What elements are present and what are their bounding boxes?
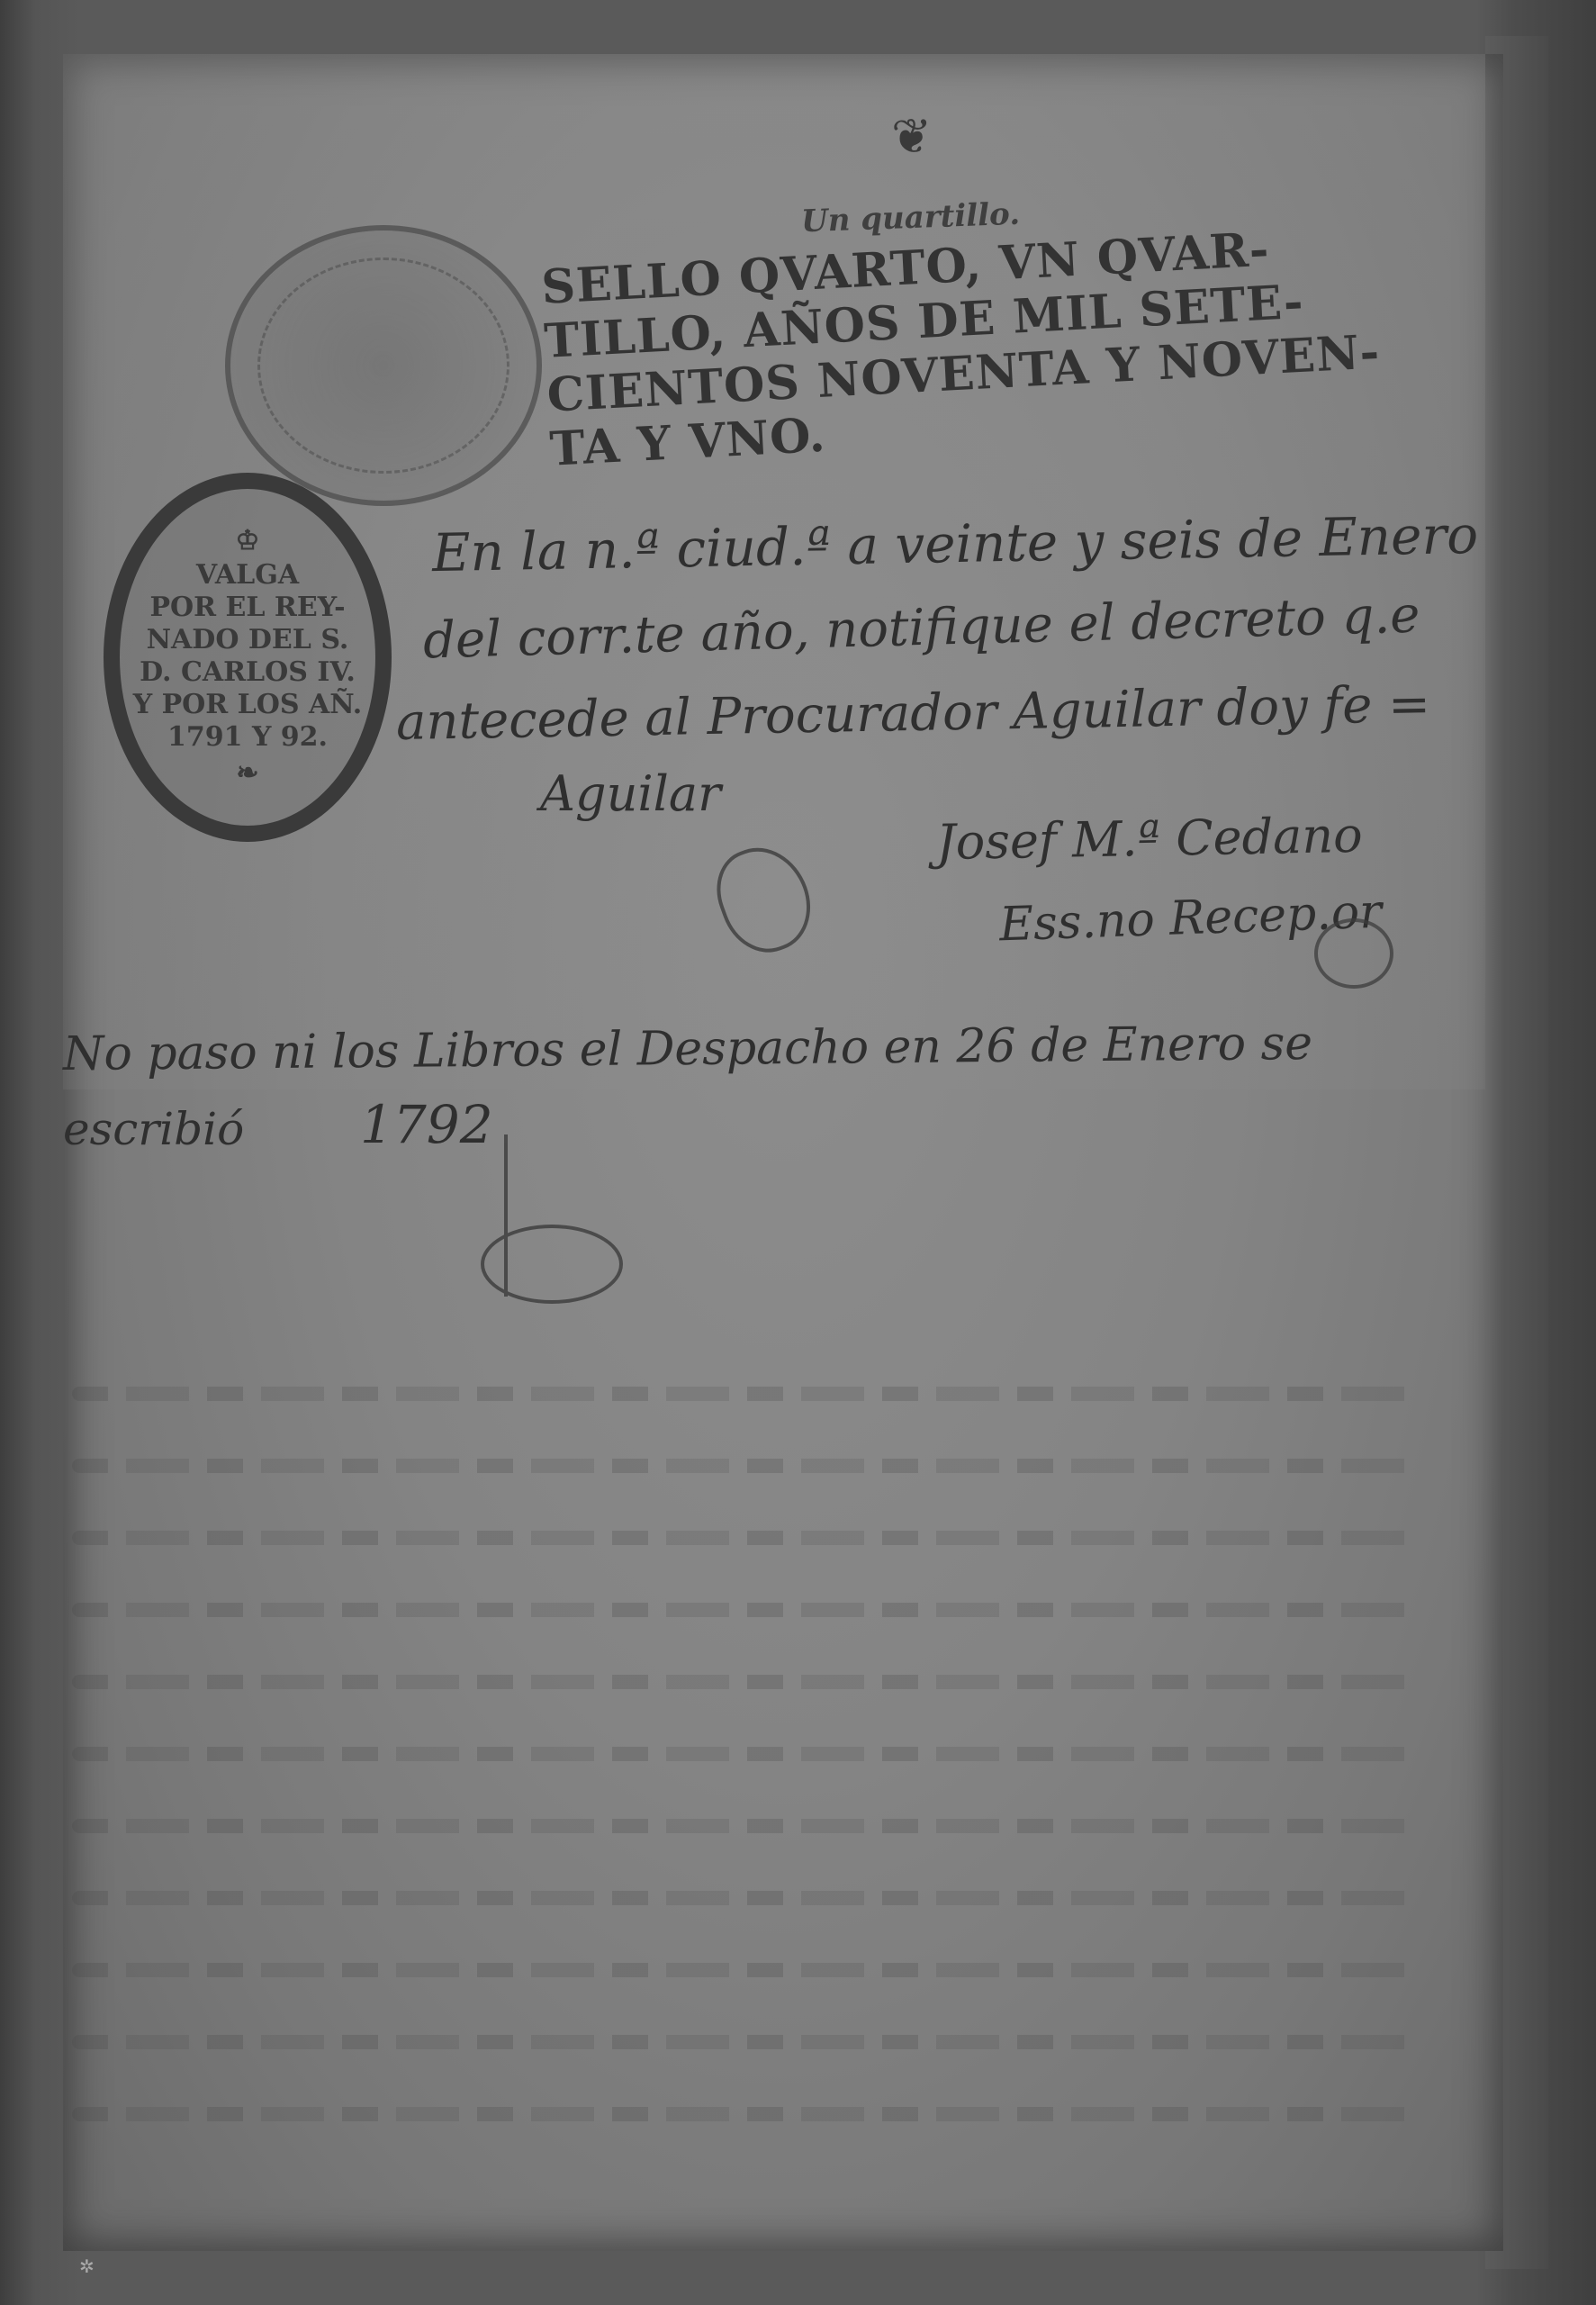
marginal-note-line: escribió (63, 1103, 244, 1155)
scan-artifact-icon: ✲ (79, 2255, 95, 2277)
ornament-icon: ❦ (891, 108, 932, 165)
bleed-through-text (72, 1891, 1422, 1905)
marginal-note-line: No paso ni los Libros el Despacho en 26 … (63, 1017, 1313, 1081)
bleed-through-text (72, 1531, 1422, 1545)
oval-validation-stamp: ♔ VALGA POR EL REY- NADO DEL S. D. CARLO… (104, 473, 392, 842)
bleed-through-text (72, 1747, 1422, 1761)
stamp-line: D. CARLOS IV. (140, 656, 356, 689)
stamp-line: VALGA (196, 559, 299, 592)
handwritten-line: Aguilar (540, 765, 721, 822)
bleed-through-text (72, 1603, 1422, 1617)
stamp-line: 1791 Y 92. (167, 721, 328, 754)
stamp-line: POR EL REY- (149, 592, 345, 624)
bleed-through-text (72, 1963, 1422, 1977)
bleed-through-text (72, 1675, 1422, 1689)
stamp-value-heading: Un quartillo. (800, 196, 1020, 240)
round-seal-icon (225, 225, 542, 506)
stamp-line: NADO DEL S. (147, 624, 349, 656)
bleed-through-text (72, 1387, 1422, 1401)
seal-ring (257, 258, 509, 474)
bleed-through-text (72, 2035, 1422, 2049)
printed-stamp-header: SELLO QVARTO, VN QVAR- TILLO, AÑOS DE MI… (540, 218, 1378, 477)
rubric-flourish-icon (504, 1134, 634, 1297)
bleed-through-text (72, 2107, 1422, 2121)
bleed-through-text (72, 1459, 1422, 1473)
flourish-icon: ❧ (236, 757, 258, 790)
bleed-through-text (72, 1819, 1422, 1833)
marginal-note-date: 1792 (360, 1094, 493, 1155)
signature-name: Josef M.ª Cedano (935, 807, 1363, 871)
crown-icon: ♔ (236, 525, 260, 557)
rubric-flourish-icon (1314, 918, 1393, 989)
stamp-line: Y POR LOS AÑ. (133, 689, 363, 721)
